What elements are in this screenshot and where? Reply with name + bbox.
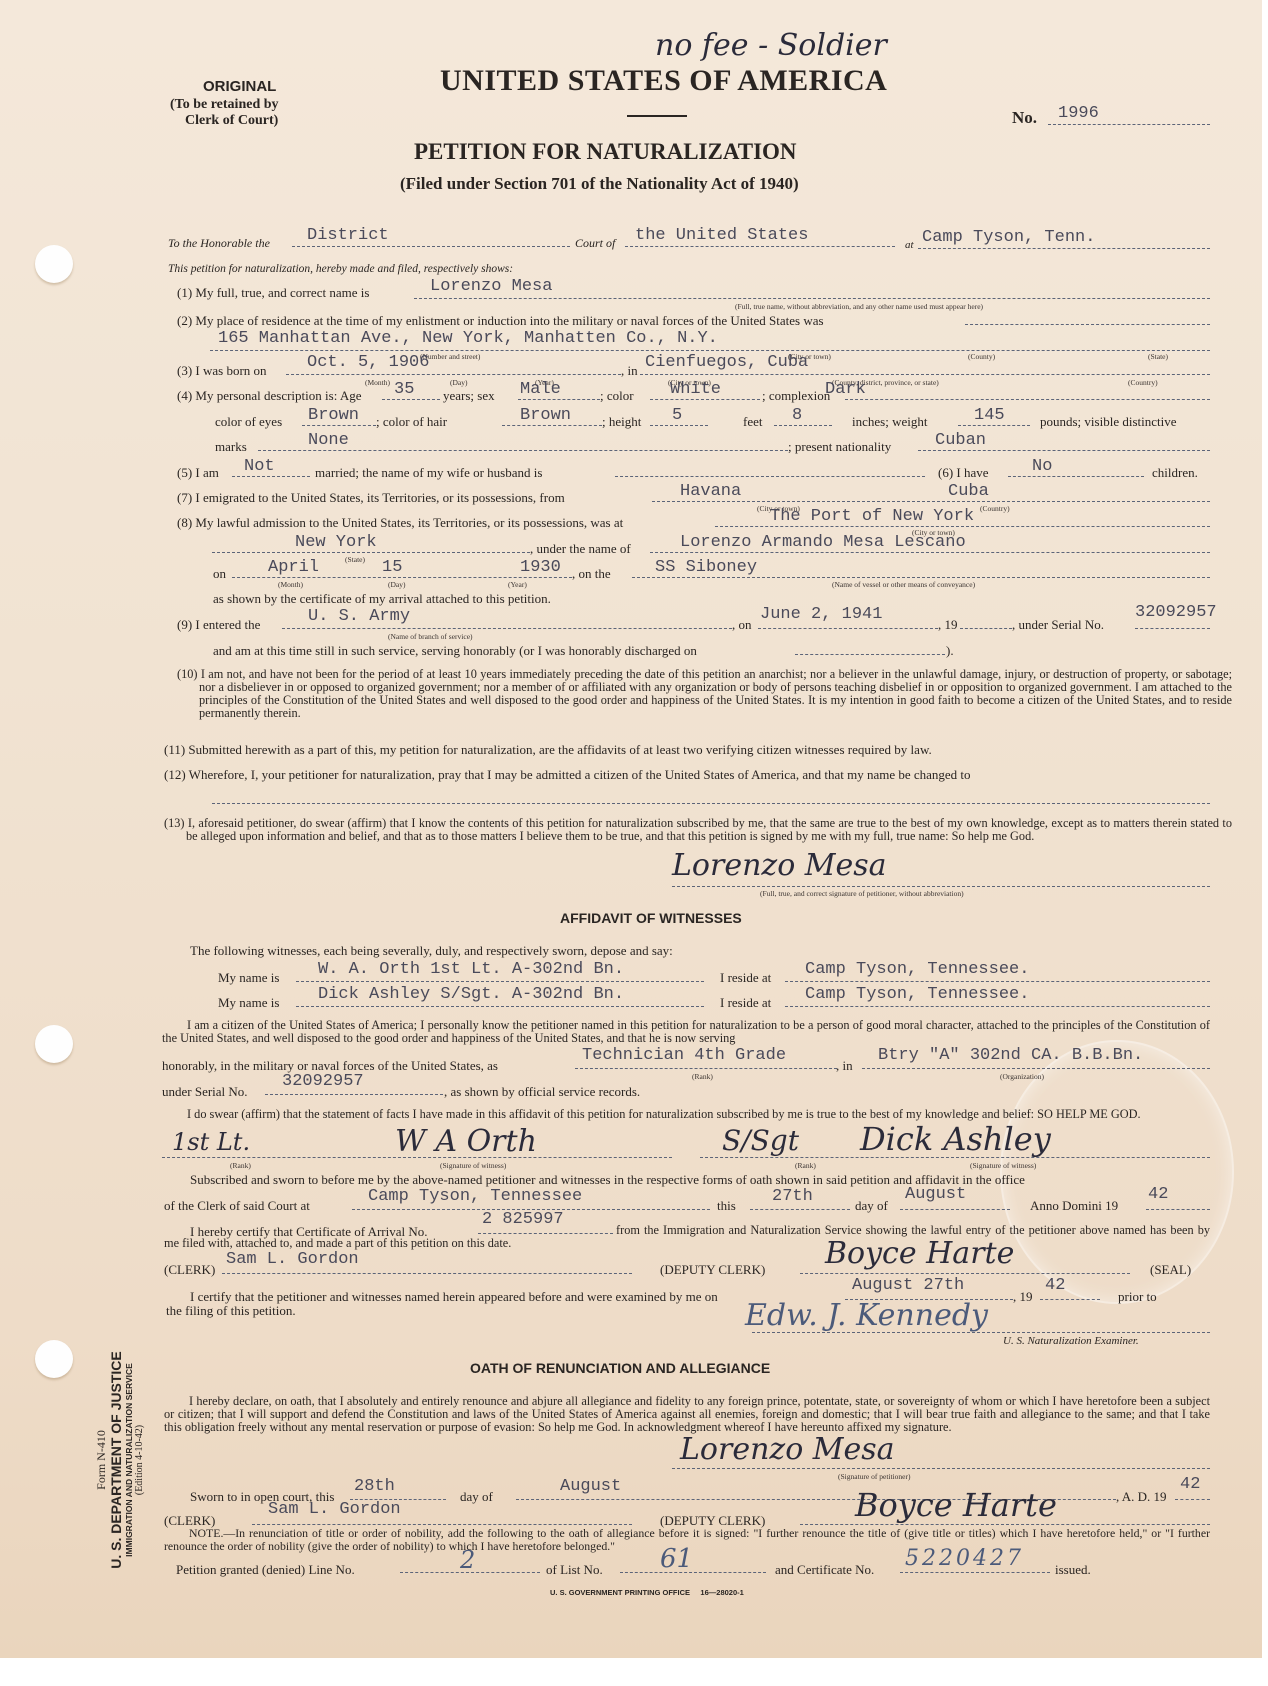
witness-citizen-statement: I am a citizen of the United States of A…	[162, 1019, 1210, 1045]
deputy-clerk-signature: Boyce Harte	[825, 1236, 1014, 1271]
oath-petitioner-signature: Lorenzo Mesa	[680, 1432, 895, 1467]
witness-2-rank-signature: S/Sgt	[722, 1124, 799, 1157]
eye-color: Brown	[308, 406, 359, 425]
oath-heading: OATH OF RENUNCIATION AND ALLEGIANCE	[470, 1360, 770, 1376]
witness-1-signature: W A Orth	[395, 1124, 537, 1159]
clause-13: (13) I, aforesaid petitioner, do swear (…	[164, 817, 1232, 843]
height-feet: 5	[672, 406, 682, 425]
emigrated-city: Havana	[680, 482, 741, 501]
form-number: Form N-410	[94, 1310, 109, 1610]
petitioner-name: Lorenzo Mesa	[430, 277, 552, 296]
witness-1-residence: Camp Tyson, Tennessee.	[805, 960, 1029, 979]
service-name: IMMIGRATION AND NATURALIZATION SERVICE	[124, 1310, 134, 1610]
color-value: White	[670, 380, 721, 399]
sworn-month: August	[560, 1477, 621, 1496]
admission-day: 15	[382, 558, 402, 577]
punch-hole	[35, 245, 73, 283]
court-type: District	[307, 226, 389, 245]
service-branch: U. S. Army	[308, 607, 410, 626]
court-name: the United States	[635, 226, 808, 245]
number-label: No.	[1012, 108, 1037, 128]
examiner-caption: U. S. Naturalization Examiner.	[1003, 1334, 1139, 1349]
oath-deputy-signature: Boyce Harte	[855, 1486, 1057, 1524]
clerk-court-location: Camp Tyson, Tennessee	[368, 1187, 582, 1206]
birth-date: Oct. 5, 1906	[307, 353, 429, 372]
age-value: 35	[394, 380, 414, 399]
petition-number: 1996	[1058, 104, 1099, 123]
admission-port: The Port of New York	[770, 507, 974, 526]
form-edition: (Edition 4-10-42)	[134, 1310, 145, 1610]
oath-text: I hereby declare, on oath, that I absolu…	[164, 1395, 1210, 1434]
clause-12: (12) Wherefore, I, your petitioner for n…	[164, 767, 971, 782]
affidavit-heading: AFFIDAVIT OF WITNESSES	[560, 910, 742, 926]
original-label: ORIGINAL	[203, 78, 276, 95]
admission-state: New York	[295, 533, 377, 552]
court-location: Camp Tyson, Tenn.	[922, 228, 1095, 247]
sex-value: Male	[520, 380, 561, 399]
affidavit-day: 27th	[772, 1187, 813, 1206]
sworn-day: 28th	[354, 1477, 395, 1496]
witness-2-residence: Camp Tyson, Tennessee.	[805, 985, 1029, 1004]
witness-2-signature: Dick Ashley	[860, 1120, 1051, 1158]
witness-2-name: Dick Ashley S/Sgt. A-302nd Bn.	[318, 985, 624, 1004]
weight-value: 145	[974, 406, 1005, 425]
height-inches: 8	[792, 406, 802, 425]
nationality-value: Cuban	[935, 431, 986, 450]
witness-1-name: W. A. Orth 1st Lt. A-302nd Bn.	[318, 960, 624, 979]
list-number: 61	[660, 1544, 693, 1574]
marital-status: Not	[244, 457, 275, 476]
original-sub2: Clerk of Court)	[185, 113, 278, 128]
admission-year: 1930	[520, 558, 561, 577]
examiner-signature: Edw. J. Kennedy	[745, 1298, 988, 1333]
certificate-number: 5220427	[905, 1546, 1024, 1571]
form-title: PETITION FOR NATURALIZATION	[414, 139, 797, 165]
serial-number: 32092957	[1135, 603, 1217, 622]
punch-hole	[35, 1025, 73, 1063]
admission-month: April	[268, 558, 319, 577]
sworn-year: 42	[1180, 1475, 1200, 1494]
petitioner-rank: Technician 4th Grade	[582, 1046, 786, 1065]
line-number: 2	[460, 1546, 475, 1574]
service-date: June 2, 1941	[760, 605, 882, 624]
department-name: U. S. DEPARTMENT OF JUSTICE	[108, 1310, 124, 1610]
document-page: no fee - Soldier ORIGINAL (To be retaine…	[0, 0, 1262, 1658]
heading-rule	[627, 115, 687, 117]
hair-color: Brown	[520, 406, 571, 425]
witness-oath: I do swear (affirm) that the statement o…	[162, 1108, 1210, 1121]
residence-address: 165 Manhattan Ave., New York, Manhatten …	[218, 329, 718, 348]
admission-name: Lorenzo Armando Mesa Lescano	[680, 533, 966, 552]
witness-1-rank-signature: 1st Lt.	[172, 1128, 250, 1156]
petitioner-signature: Lorenzo Mesa	[672, 848, 887, 883]
complexion-value: Dark	[825, 380, 866, 399]
birth-place: Cienfuegos, Cuba	[645, 353, 808, 372]
handwritten-note: no fee - Soldier	[655, 28, 887, 63]
affidavit-month: August	[905, 1185, 966, 1204]
children-count: No	[1032, 457, 1052, 476]
examination-date: August 27th	[852, 1276, 964, 1295]
examination-year: 42	[1045, 1276, 1065, 1295]
original-sub1: (To be retained by	[170, 97, 279, 112]
clerk-name: Sam L. Gordon	[226, 1250, 359, 1269]
affidavit-year: 42	[1148, 1185, 1168, 1204]
form-subtitle: (Filed under Section 701 of the National…	[400, 174, 799, 194]
oath-clerk-name: Sam L. Gordon	[268, 1500, 401, 1519]
printing-office-imprint: U. S. GOVERNMENT PRINTING OFFICE 16—2802…	[550, 1588, 744, 1597]
distinctive-marks: None	[308, 431, 349, 450]
witness-serial-number: 32092957	[282, 1072, 364, 1091]
country-heading: UNITED STATES OF AMERICA	[440, 64, 887, 98]
petitioner-organization: Btry "A" 302nd CA. B.B.Bn.	[878, 1046, 1143, 1065]
punch-hole	[35, 1340, 73, 1378]
vessel-name: SS Siboney	[655, 558, 757, 577]
clause-10: (10) I am not, and have not been for the…	[177, 668, 1232, 720]
clause-11: (11) Submitted herewith as a part of thi…	[164, 742, 932, 757]
emigrated-country: Cuba	[948, 482, 989, 501]
